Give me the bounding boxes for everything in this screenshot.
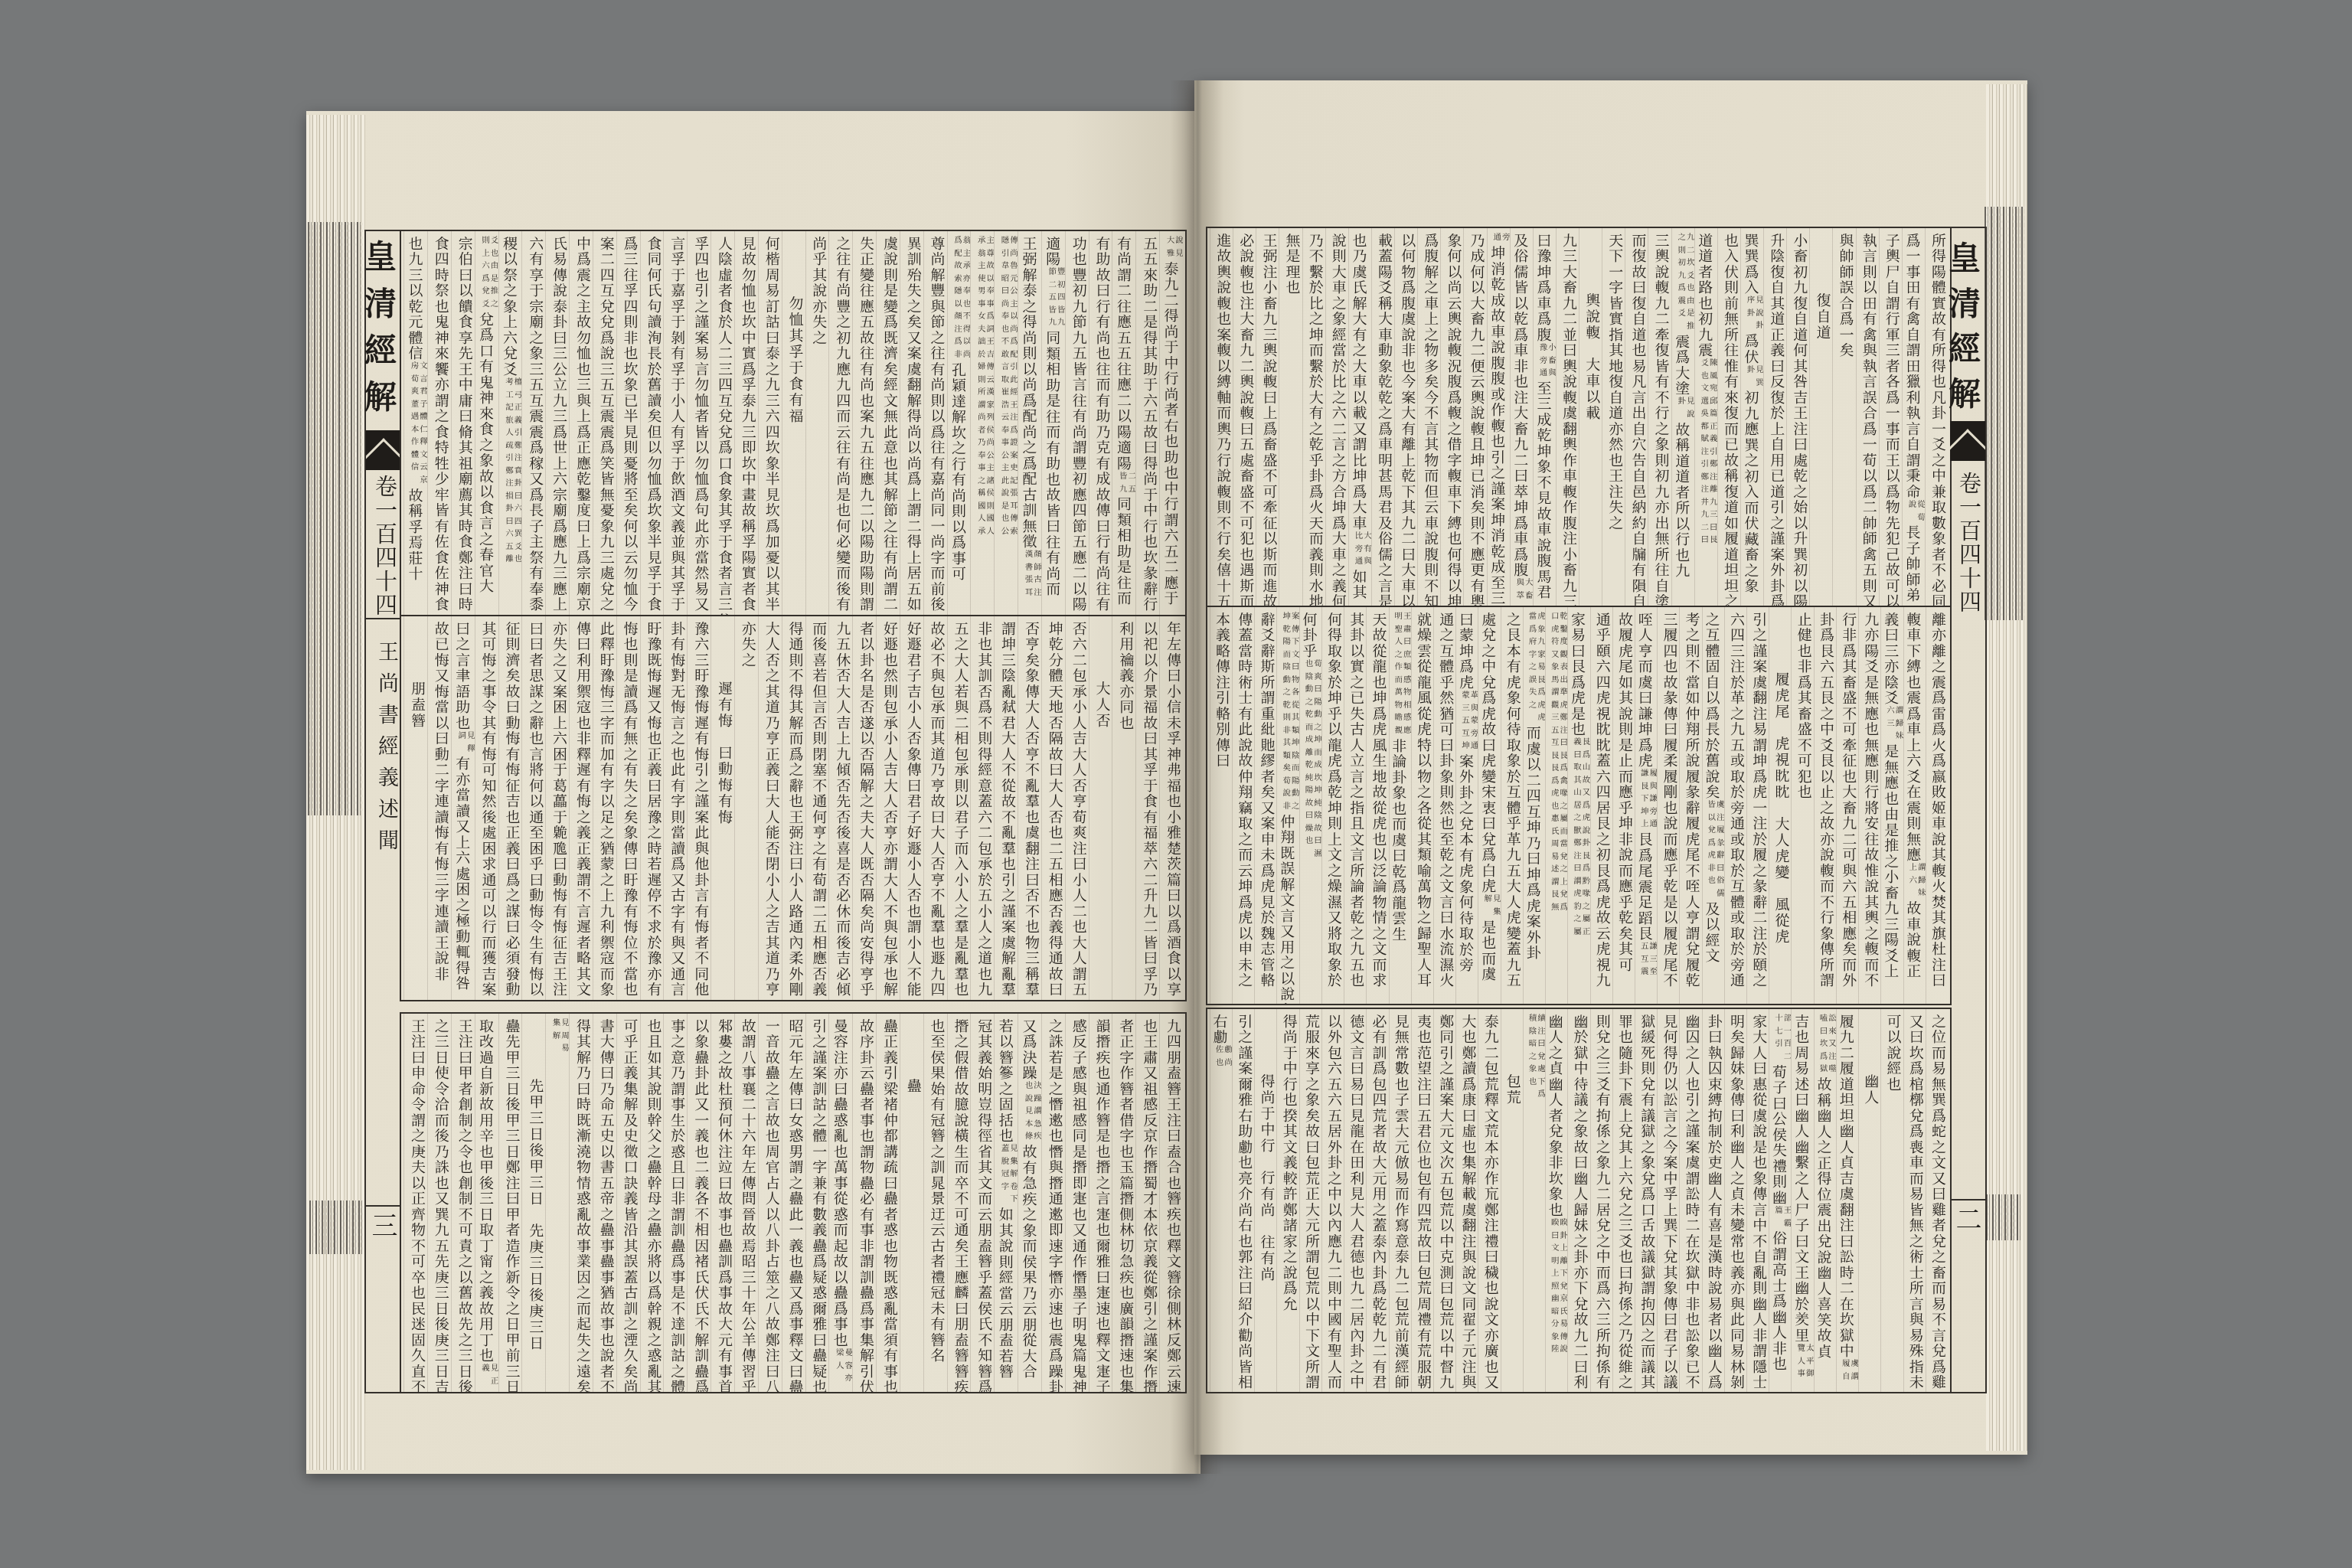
text-column: 五五來助二是得其助于六五故曰得尚于中行也坎彖辭行 bbox=[1135, 231, 1159, 615]
interlinear-note: 虎象九家易艮爲虎虎當爲府字之誤失之 bbox=[1527, 612, 1545, 726]
text-column: 非也其訓否爲不則得經意蓋六二包承於五小人之道也九 bbox=[970, 616, 994, 1000]
text-column: 之艮本有虎象何待取象於互體乎革九五大人虎變蓋九五 bbox=[1501, 607, 1523, 1004]
text-column: 考之則不當如仲翔所說履彖辭履虎尾不咥人亨謂兌履乾 bbox=[1679, 607, 1701, 1004]
text-column: 幽人 bbox=[1858, 1009, 1880, 1392]
interlinear-note: 陳風宛邱篇正義引鄭注離九三曰艮爻也文選吳都賦注引鄭注井九二曰 bbox=[1700, 358, 1717, 548]
text-column: 幽人之貞幽人者兌象非坎象也睽卦上離下兌京氏易傳說睽曰文明上照幽暗分象陸 bbox=[1545, 1009, 1567, 1392]
text-column: 也九三以乾元體信文言君子體仁釋文云京房荀爽董遇本作體信故稱孚焉莊十 bbox=[403, 231, 427, 615]
text-column: 履九二履道坦坦幽人貞吉虞翻注曰訟時二在坎獄中虞謂履自 bbox=[1836, 1009, 1858, 1392]
text-column: 也至侯果始有冠簪之訓晁景迂云古者禮冠未有簪名 bbox=[923, 1014, 947, 1392]
text-column: 爻也由是推之則上六爲兌爻兌爲口有鬼神來食之象故以食言之春官大 bbox=[475, 231, 498, 615]
text-column: 行非爲其畜盛不可牽征也大畜九二可與六五相應矣而外 bbox=[1836, 607, 1858, 1004]
text-column: 象何以尚云輿說輹況腹爲輹之借字輹車下縛也何得以坤 bbox=[1440, 228, 1463, 606]
text-column: 以外包六五六五居外卦之中以內應九二則中國有聖人而 bbox=[1321, 1009, 1344, 1392]
text-column: 其可悔之事令其有悔可知然後處困求通可以行而獲吉案 bbox=[475, 616, 498, 1000]
text-column: 感反子感與祖感同是撍即寁也又通作憯墨子明鬼篇鬼神 bbox=[1065, 1014, 1089, 1392]
work-title-text: 王尚書經義述聞 bbox=[366, 641, 401, 861]
text-column: 而復故曰復自道也易凡言出自穴告自邑納約自牖有隕自 bbox=[1625, 228, 1648, 606]
text-column: 見無常數也子雲大元倣易而作寫意泰九二包荒前漢經師 bbox=[1389, 1009, 1411, 1392]
text-column: 悔也則是讀爲有無之有失之矣象傳曰盱豫有悔位不當也 bbox=[616, 616, 640, 1000]
text-column: 若以簪篸之固括也見集解卷下蓋脫冠字如其說則經當云朋盍若簪 bbox=[994, 1014, 1018, 1392]
volume-number-text: 卷一百四十四 bbox=[366, 475, 401, 617]
text-column: 氏易傳說泰卦曰三公立九三爲世上六宗廟爲應九三應上 bbox=[545, 231, 569, 615]
text-column: 爲三往孚四則非也坎象已半見則憂將至矣何以云勿恤今 bbox=[616, 231, 640, 615]
text-column: 乃不繫於比之坤而繫於大有之乾乎卦爲火天而義則水地 bbox=[1302, 228, 1325, 606]
text-column: 王弼解泰之得尚則以尚爲配尚之爲配古訓無徵顏師古注漢書張耳 bbox=[1018, 231, 1041, 615]
text-column: 蠱先甲三日後甲三日鄭注曰甲者造作新令之日甲前三日 bbox=[498, 1014, 522, 1392]
text-column: 夷也范望注曰五君位也包有四荒故曰包荒周禮有荒服朝 bbox=[1411, 1009, 1433, 1392]
text-column: 輹車下縛也震爲車上六爻在震則無應謂歸妹上六故車說輹正 bbox=[1903, 607, 1926, 1004]
interlinear-note: 見釋詞 bbox=[457, 731, 475, 756]
text-column: 翁主承亦奉也不得以尚爲配故索隱以顏注爲非孔穎達解坎之行有尚則以爲事可 bbox=[947, 231, 971, 615]
text-column: 三履四也故彖傳曰履柔履剛也說而應乎乾是以履虎尾不 bbox=[1657, 607, 1679, 1004]
left-page-margin-column: 皇清經解 卷一百四十四 王尚書經義述聞 三 bbox=[364, 230, 401, 1393]
text-column: 爲一事田有禽自謂田獵利執言自謂秉命從荀說長子帥師弟 bbox=[1902, 228, 1925, 606]
text-column: 大也鄭讀爲康曰虛也集解載虞翻注與說文同翟子元注與 bbox=[1455, 1009, 1478, 1392]
text-column: 曰豫坤爲車爲腹小畜與豫旁通至三成乾坤象不見故車說腹馬君 bbox=[1533, 228, 1556, 606]
book-title-text: 皇清經解 bbox=[366, 240, 401, 426]
text-column: 曰曰者思謀之辭也言將何以通至困乎曰動悔令生有悔以 bbox=[521, 616, 545, 1000]
page-number-text: 三 bbox=[366, 1212, 401, 1238]
text-column: 之三日使令洽而後乃誅也又巽九五先庚三日後庚三日吉 bbox=[427, 1014, 451, 1392]
text-column: 卦爲艮六五艮之中爻艮以止之故亦說輹而不行象傳所謂 bbox=[1814, 607, 1836, 1004]
interlinear-note: 見正義 bbox=[481, 1364, 498, 1389]
margin-divider bbox=[366, 1205, 401, 1207]
text-column: 又爲決躁決躁謂急疾也說見本條故有急疾之象而侯果乃云朋從大合 bbox=[1018, 1014, 1041, 1392]
text-column: 九三大畜九二並曰輿說輹虞翻輿作車輹作腹注小畜九三 bbox=[1556, 228, 1579, 606]
text-column: 食四時祭也鬼神來饗亦謂之食特牲少牢皆有佐食佐神食 bbox=[427, 231, 451, 615]
text-column: 可以說經也 bbox=[1880, 1009, 1903, 1392]
interlinear-note: 王肅曰庶類感物相感應明聖人之作而萬物瞻覩 bbox=[1393, 612, 1411, 738]
page-number: 二 bbox=[1950, 1202, 1985, 1236]
text-column: 見何得仍以訟言之今案中孚上巽下兌其象傳曰君子以議 bbox=[1657, 1009, 1679, 1392]
work-title: 王尚書經義述聞 bbox=[366, 635, 401, 865]
text-column: 通乎頤六四虎視眈眈蓋六四居艮之初艮爲虎故云虎視九 bbox=[1590, 607, 1612, 1004]
text-column: 泰九二包荒釋文荒本亦作巟鄭注禮曰穢也說文亦廣也又 bbox=[1478, 1009, 1500, 1392]
text-column: 利用禴義亦同也 bbox=[1112, 616, 1135, 1000]
text-column: 乃成何以大畜九二便云輿說輹且坤已消矣則不應更有輿 bbox=[1463, 228, 1486, 606]
text-column: 坤乾分體天地否隔故曰大人否也二五相應否義得通故曰 bbox=[1041, 616, 1065, 1000]
volume-number: 卷一百四十四 bbox=[1950, 470, 1985, 616]
right-page-margin-column: 皇清經解 卷一百四十四 二 bbox=[1950, 227, 1987, 1393]
text-column: 以何物爲腹虞說非也今案大有離上乾下其九二曰大車以 bbox=[1394, 228, 1417, 606]
text-column: 案二四互兌兌爲說三五互震震爲笑皆無憂象九三處兌之 bbox=[593, 231, 616, 615]
interlinear-note: 見集解卷下蓋脫冠字 bbox=[1000, 1144, 1018, 1207]
margin-divider bbox=[366, 618, 401, 619]
text-column: 以象蠱卦此又一義也二義各不相因褚氏伏氏不解訓蠱爲 bbox=[687, 1014, 710, 1392]
text-column: 卦曰執囚束縛拘制於吏幽人有喜是漢時說易者以幽人爲 bbox=[1702, 1009, 1724, 1392]
right-page-middle-tier: 離亦離之震爲雷爲火爲嬴敗姬車說其輹火焚其旗杜注曰輹車下縛也震爲車上六爻在震則無應… bbox=[1206, 606, 1952, 1005]
page-number: 三 bbox=[366, 1208, 401, 1242]
text-column: 勿恤其孚于食有福 bbox=[782, 231, 805, 615]
text-column: 亦失之又案困上六困于葛藟于臲卼曰動悔有悔征吉王注 bbox=[545, 616, 569, 1000]
text-column: 冠其義始明豈得徑省其文而云朋盍簪乎蓋侯氏不知簪爲 bbox=[970, 1014, 994, 1392]
interlinear-note: 太平御覽人事 bbox=[1796, 1344, 1814, 1382]
interlinear-note: 翁主承亦奉也不得以尚爲配故索隱以顏注爲非 bbox=[952, 236, 970, 362]
text-column: 昭元年左傳曰女惑男謂之蠱此一義也蠱又爲事釋文曰蠱 bbox=[782, 1014, 805, 1392]
text-column: 否亨矣象傳大人否亨不亂羣也虞翻注曰否不也物三稱羣 bbox=[1018, 616, 1041, 1000]
text-column: 家大人曰惠從虞說是也象傳言中不自亂則幽人非謂隱士 bbox=[1746, 1009, 1769, 1392]
text-column: 爲腹解之車上之物多矣今不言其物而但云車說腹則不知 bbox=[1417, 228, 1440, 606]
interlinear-note: 謂歸妹六三 bbox=[1886, 706, 1903, 744]
interlinear-note: 見周易集解 bbox=[551, 1018, 569, 1057]
text-column: 道道者路也初九震陳風宛邱篇正義引鄭注離九三曰艮爻也文選吳都賦注引鄭注井九二曰 bbox=[1694, 228, 1717, 606]
text-column: 天故從龍也坤爲虎風生地故從虎也以泛論物情之文而求 bbox=[1366, 607, 1388, 1004]
text-column: 訟來又注噬嗑曰坎爲獄故稱幽人之正得位震出兌說幽人喜笑故貞 bbox=[1814, 1009, 1836, 1392]
text-column: 人陰虛者食於人二三四互兌兌爲口食象其孚于食者言三往 bbox=[710, 231, 734, 615]
text-column: 否六二包承小人吉大人否亨荀爽注曰小人二也大人謂五 bbox=[1065, 616, 1089, 1000]
text-column: 蠱正義引梁褚仲都講疏曰蠱者惑也物既惑亂當須有事也 bbox=[876, 1014, 900, 1392]
text-column: 征則濟矣故曰動悔有悔征吉也正義曰爲之謀曰必須發動 bbox=[498, 616, 522, 1000]
left-page-middle-tier: 年左傳曰小信未孚神弗福也小雅楚茨篇曰以爲酒食以享以祀以介景福故曰其孚于食有福萃六… bbox=[400, 615, 1187, 1001]
interlinear-note: 謂歸妹上六 bbox=[1908, 863, 1926, 901]
text-column: 也且如其說則幹父之蠱幹母之蠱亦將以爲幹親之惑亂其 bbox=[640, 1014, 664, 1392]
text-column: 王肅曰庶類感物相感應明聖人之作而萬物瞻覩非論卦象也而虞曰乾爲龍雲生 bbox=[1389, 607, 1411, 1004]
text-column: 六有享于宗廟之象三五互震震爲稼又爲長子主祭有奉黍 bbox=[521, 231, 545, 615]
text-column: 謂坤三陰亂弒君大人不從故不亂羣也引之謹案虞解亂羣 bbox=[994, 616, 1018, 1000]
text-column: 功也豐初九節九五皆言往有尚謂豐初應四節五應二以陽 bbox=[1065, 231, 1089, 615]
text-column: 義曰三亦陰爻謂歸妹六三是無應也由是推之小畜九三陽爻上 bbox=[1880, 607, 1903, 1004]
text-column: 說見大雅泰九二得尚于中行尚者右也助也中行謂六五二應于 bbox=[1159, 231, 1183, 615]
interlinear-note: 從荀說 bbox=[1907, 500, 1925, 525]
interlinear-note: 謙三至五互震 bbox=[1639, 942, 1657, 980]
interlinear-note: 勴尚佐也 bbox=[1214, 1045, 1232, 1070]
text-column: 言孚于嘉孚于剝有孚于小人有孚于飲酒文義並與其孚于 bbox=[663, 231, 687, 615]
interlinear-note: 說見大雅 bbox=[1165, 236, 1183, 261]
text-column: 其卦以實之已失古人立言之指且文言所論者乾之九五也 bbox=[1344, 607, 1366, 1004]
interlinear-note: 艮爲山故又爲虎說卦艮爲黔喙之屬正義曰取其山居之獸鄭注曰謂虎豹之屬 bbox=[1573, 737, 1590, 939]
text-column: 一音故蠱之言故也周官占人以八卦占筮之八故鄭注曰八 bbox=[758, 1014, 782, 1392]
text-column: 傳蓋當時術士有此說故仲翔竊取之而云坤爲虎以申未之 bbox=[1232, 607, 1254, 1004]
interlinear-note: 訟來又注噬嗑曰坎爲獄 bbox=[1818, 1014, 1836, 1077]
text-column: 部一百二十七引荀子曰公侯失禮則幽王霸篇俗謂高士爲幽人非也 bbox=[1769, 1009, 1791, 1392]
text-column: 履虎尾 虎視眈眈 大人虎變 風從虎 bbox=[1769, 607, 1791, 1004]
text-column: 者以卦名是否遂以否隔解之夫大人既否隔矣尚安得亨乎 bbox=[852, 616, 876, 1000]
interlinear-note: 九二坎爻也由是推之則初九爲震爻 bbox=[1677, 233, 1694, 334]
text-column: 虞說則是變爲既濟矣經文無此意也其解節之往有尚謂二 bbox=[876, 231, 900, 615]
text-column: 遲有悔 曰動悔有悔 bbox=[710, 616, 734, 1000]
text-column: 幽囚之人也引之謹案虞謂訟時二在坎獄中非也訟象已不 bbox=[1679, 1009, 1701, 1392]
text-column: 得尚于中行也揆其文義較許鄭諸家之說爲允 bbox=[1276, 1009, 1298, 1392]
text-column: 見故勿恤也坎中實爲孚泰九三即坎中畫故稱孚陽實者食 bbox=[734, 231, 758, 615]
text-column: 故序卦云蠱者事也謂物蠱必有事非謂訓蠱爲事集解引伏 bbox=[852, 1014, 876, 1392]
text-column: 載蓋陽爻稱大車動象乾乾之爲車明甚馬君及俗儒之言是 bbox=[1371, 228, 1394, 606]
text-column: 曰蒙坤爲虎革與蒙旁通蒙三五互坤案外卦之兌本有虎象何待取於旁 bbox=[1455, 607, 1478, 1004]
text-column: 食同何氏句讀洵長於舊讀矣但以勿恤爲坎象半見孚于食 bbox=[640, 231, 664, 615]
text-column: 罪也隨卦下震上兌其上六兌之三爻也曰拘係之乃從維之 bbox=[1612, 1009, 1635, 1392]
text-column: 大人否 bbox=[1089, 616, 1112, 1000]
text-column: 故謂八事襄二十六年左傳問晉故焉昭三十年公羊傳習乎 bbox=[734, 1014, 758, 1392]
text-column: 九四朋盍簪王注曰盍合也簪疾也釋文簪徐側林反鄭云速 bbox=[1159, 1014, 1183, 1392]
interlinear-note: 履與謙旁通謙艮下坤上 bbox=[1639, 769, 1657, 832]
text-column: 三輿說輹九二牽復皆有不行之象則初九亦出無所往自塗 bbox=[1648, 228, 1671, 606]
text-column: 有助故曰行有尚也往而有助乃克有成故傳曰行有尚往有 bbox=[1089, 231, 1112, 615]
text-column: 主尊故以奉事爲詞王吉傳云漢家列侯尚公主諸侯則國人承翁主使男事女夫詘於婦則所謂尚者… bbox=[970, 231, 994, 615]
text-column: 執言則以田有禽與執言誤合爲一荀以爲二帥師禽五則又 bbox=[1856, 228, 1879, 606]
interlinear-note: 案傳下文曰物各從其類坤陰而陽動之坤乾陽而陰動之乾則非其類矣荀說非 bbox=[1282, 612, 1299, 814]
text-column: 五之大人若與二相包承則以君子而入小人之羣是亂羣也 bbox=[947, 616, 971, 1000]
left-page-upper-tier: 說見大雅泰九二得尚于中行尚者右也助也中行謂六五二應于五五來助二是得其助于六五故曰… bbox=[400, 230, 1187, 616]
text-column: 適陽豐初四皆九節二五皆九同類相助是往而有助也故皆曰往有尚而 bbox=[1041, 231, 1065, 615]
text-column: 好遯也然則包承小人吉大人否亨亦謂大人不與包承也解 bbox=[876, 616, 900, 1000]
text-column: 離亦離之震爲雷爲火爲嬴敗姬車說其輹火焚其旗杜注曰 bbox=[1926, 607, 1948, 1004]
interlinear-note: 小畜與豫旁通 bbox=[1538, 343, 1556, 381]
text-column: 案傳下文曰物各從其類坤陰而陽動之坤乾陽而陰動之乾則非其類矣荀說非仲翔既誤解文言又… bbox=[1276, 607, 1298, 1004]
text-column: 子輿尸自謂行軍三者各爲一事而王以爲物先犯己故可以 bbox=[1879, 228, 1902, 606]
text-column: 本義略傳注引輅別傳曰 bbox=[1210, 607, 1232, 1004]
text-column: 也入伏則前無所往惟有來復而已故稱復道如履道坦坦之 bbox=[1717, 228, 1740, 606]
text-column: 就燥雲從龍風從虎特以物之各從其類喻萬物之歸聖人耳 bbox=[1411, 607, 1433, 1004]
volume-number: 卷一百四十四 bbox=[366, 473, 401, 619]
text-column: 書大傳曰乃命五史以書五帝之蠱事蠱事猶故事也說者不 bbox=[593, 1014, 616, 1392]
interlinear-note: 二五皆九 bbox=[1118, 472, 1135, 497]
text-column: 得尚于中行 行有尚 往有尚 bbox=[1254, 1009, 1276, 1392]
text-column: 則兌之三爻有拘係之象九二居兌之中而爲六三所拘係有 bbox=[1590, 1009, 1612, 1392]
text-column: 邾婁之故杜預何休注竝曰故事也蠱訓爲事故大元有事首 bbox=[710, 1014, 734, 1392]
interlinear-note: 見說卦 bbox=[1677, 397, 1694, 422]
text-column: 朋盍簪 bbox=[403, 616, 427, 1000]
text-column: 升陰復自其道正義曰反復於上自用已道引之謹案外卦爲 bbox=[1763, 228, 1786, 606]
text-column: 大人否之其道乃亨正義曰大人能否閉小人之吉其道乃亨 bbox=[758, 616, 782, 1000]
text-column: 故必不與包承而其道乃亨故曰大人否亨不亂羣也遯九四 bbox=[923, 616, 947, 1000]
text-column: 虎象九家易艮爲虎虎當爲府字之誤失之而虞以二四互坤乃曰坤爲虎案外卦 bbox=[1523, 607, 1545, 1004]
text-column: 績注曰兌處下爲積陰暗之象也 bbox=[1523, 1009, 1545, 1392]
interlinear-note: 見集解 bbox=[1483, 894, 1501, 920]
text-column: 又曰坎爲棺槨兌爲喪車而易皆無之術士所言與易殊指未 bbox=[1903, 1009, 1926, 1392]
text-column: 小畜初九復自道何其咎吉王注曰處乾之始以升巽初以陽 bbox=[1786, 228, 1809, 606]
right-page-upper-tier: 所得陽體實故有所得也凡卦一爻之中兼取數象者不必同爲一事田有禽自謂田獵利執言自謂秉… bbox=[1206, 227, 1952, 607]
text-column: 亦失之 bbox=[734, 616, 758, 1000]
text-column: 辭爻辭斯所謂重紕貤繆者矣又案申未爲虎見於魏志管輅 bbox=[1254, 607, 1276, 1004]
interlinear-note: 革與蒙旁通蒙三五互坤 bbox=[1460, 691, 1478, 754]
fishtail-ornament-icon bbox=[1950, 421, 1985, 461]
text-column: 撍之假借故臆說橫生而卒不可通矣王應麟曰朋盍簪簪疾 bbox=[947, 1014, 971, 1392]
text-column: 有尚謂二往應五五往應二以陽適陽二五皆九同類相助是往而 bbox=[1112, 231, 1135, 615]
text-column: 德文言曰易曰見龍在田利見大人君德也九二居內卦之中 bbox=[1344, 1009, 1366, 1392]
interlinear-note: 見說卦序卦 bbox=[1746, 296, 1763, 334]
interlinear-note: 文言君子體仁釋文云京房荀爽董遇本作體信 bbox=[410, 361, 427, 488]
interlinear-note: 旁通 bbox=[1492, 233, 1510, 246]
page-number-text: 二 bbox=[1950, 1206, 1985, 1232]
text-column: 傳尚魯元公主以尚爲配引此經王注爲證案史記張耳傳索隱引韋昭曰尚奉也不敢言取崔浩云奉… bbox=[994, 231, 1018, 615]
text-column: 止健也非爲其畜盛不可犯也 bbox=[1791, 607, 1813, 1004]
text-column: 何楷周易訂詁曰泰之九三六四坎象半見坎爲加憂以其半 bbox=[758, 231, 782, 615]
interlinear-note: 荀爽曰陽動之坤而成坎坤純陰故曰濕也陰動之乾而成離乾純陽故曰燥也 bbox=[1304, 659, 1321, 861]
text-column: 好遯君子吉小人否象傳曰君子好遯小人否也謂小人不能 bbox=[900, 616, 923, 1000]
interlinear-note: 豐初四皆九節二五皆九 bbox=[1047, 267, 1065, 331]
text-column: 旁通坤消乾成故車說腹腹或作輹也引之謹案坤消乾成至三 bbox=[1487, 228, 1510, 606]
text-column: 失正變往應五故往有尚也案九五往應九二以陽助陽則謂 bbox=[852, 231, 876, 615]
text-column: 及俗儒皆以乾爲車非也注大畜九二曰萃坤爲車爲腹大畜與萃 bbox=[1510, 228, 1533, 606]
text-column: 九亦陽爻是無應也無應則行將安往故惟說其輿之輹而不 bbox=[1858, 607, 1880, 1004]
text-column: 巽巽爲入見說卦序卦爲伏見巽卦初九應巽之初入而伏藏畜之象 bbox=[1740, 228, 1763, 606]
text-column: 何卦乎荀爽曰陽動之坤而成坎坤純陰故曰濕也陰動之乾而成離乾純陽故曰燥也 bbox=[1299, 607, 1321, 1004]
text-column: 取改過自新故用辛也甲後三日取丁甯之義故用丁也見正義 bbox=[475, 1014, 498, 1392]
interlinear-note: 顏師古注漢書張耳 bbox=[1024, 550, 1041, 600]
text-column: 九五休否大人吉上九傾否先否後喜是否必休而後吉必傾 bbox=[828, 616, 852, 1000]
text-column: 包荒 bbox=[1501, 1009, 1523, 1392]
text-column: 故已悔又悔當以曰動二字連讀悔有悔三字連讀王說非 bbox=[427, 616, 451, 1000]
text-column: 也乃虞氏解大有之大車以載又謂比坤爲大車大有與比旁通如其 bbox=[1348, 228, 1371, 606]
interlinear-note: 虞注履彖辭曰俗儒皆以兌爲虎非也 bbox=[1707, 800, 1724, 901]
interlinear-note: 虞謂履自 bbox=[1841, 1359, 1858, 1384]
text-column: 孚四也引之謹案易言勿恤者皆以勿恤爲句此亦當然易又 bbox=[687, 231, 710, 615]
text-column: 必有訓爲包四荒者故大元用之蓋泰內卦爲乾乾九二有君 bbox=[1366, 1009, 1388, 1392]
text-column: 尊尚解豐與節之往有尚則以爲往有嘉尚同一尚字而前後 bbox=[923, 231, 947, 615]
text-column: 盱豫既悔遲又悔也正義曰居豫之時若遲停不求於豫亦有 bbox=[640, 616, 664, 1000]
text-column: 進故輿說輹也案輹以縛軸而輿乃行說輹則不行矣僖十五 bbox=[1210, 228, 1233, 606]
interlinear-note: 王霸篇 bbox=[1773, 1206, 1791, 1231]
text-column: 豫六三盱豫悔遲有悔引之謹案此與他卦言有悔者不同他 bbox=[687, 616, 710, 1000]
interlinear-note: 乾鑿度觀表出準虎鄭注曰艮爲禽喙之屬而當兌之上兌爲口虎符又象馬謂觀三五互艮艮爲虎也… bbox=[1550, 612, 1567, 915]
text-column: 傳曰利用禦寇也非釋遲有悔之義正義謂不言遲者略其文 bbox=[569, 616, 593, 1000]
fore-edge-ink-right-lower bbox=[1986, 1194, 2021, 1240]
fore-edge-ink-right-upper bbox=[1984, 207, 2024, 620]
interlinear-note: 睽卦上離下兌京氏易傳說睽曰文明上照幽暗分象陸 bbox=[1550, 1218, 1567, 1357]
text-column: 處兌之中兌爲虎故曰虎變宋衷曰兌爲白虎見集解是也而虞 bbox=[1478, 607, 1500, 1004]
text-column: 先甲三日後甲三日 先庚三日後庚三日 bbox=[521, 1014, 545, 1392]
text-column: 無是理也 bbox=[1279, 228, 1302, 606]
text-column: 之位而易無巽爲蛇之文又曰雞者兌之畜而易不言兌爲雞 bbox=[1926, 1009, 1948, 1392]
text-column: 蠱 bbox=[900, 1014, 923, 1392]
text-column: 引之謹案爾雅右助勴也亮介尚右也郭注曰紹介勸尚皆相 bbox=[1232, 1009, 1254, 1392]
text-column: 必說輹也注大畜九二輿說輹曰五處畜盛不可犯也遇斯而 bbox=[1233, 228, 1256, 606]
text-column: 之誅若是之憯遬也憯與撍通遬即速字憯亦速也震爲躁卦 bbox=[1041, 1014, 1065, 1392]
text-column: 也王肅又祖感反京作撍蜀才本依京義從鄭引之謹案作撍 bbox=[1135, 1014, 1159, 1392]
margin-divider bbox=[1950, 1199, 1985, 1200]
text-column: 稷以祭之象上六兌爻檀弓正義引鄭注賁卦曰六四巽爻也考工記旅人疏引鄭注損卦曰六五離 bbox=[498, 231, 522, 615]
interlinear-note: 部一百二十七引 bbox=[1773, 1014, 1791, 1064]
text-column: 見周易集解 bbox=[545, 1014, 569, 1392]
text-column: 右勴勴尚佐也 bbox=[1210, 1009, 1232, 1392]
text-column: 王注曰甲者創制之令也創制不可責之以舊故先之三日後 bbox=[451, 1014, 475, 1392]
text-column: 以祀以介景福故曰其孚于食有福萃六二升九二皆曰孚乃 bbox=[1135, 616, 1159, 1000]
text-column: 家易曰艮爲虎是也艮爲山故又爲虎說卦艮爲黔喙之屬正義曰取其山居之獸鄭注曰謂虎豹之屬 bbox=[1567, 607, 1589, 1004]
text-column: 可乎正義集解及史徵口訣義皆沿其誤蓋古訓之湮久矣尚 bbox=[616, 1014, 640, 1392]
text-column: 天下一字皆實指其地復自道亦然也王注失之 bbox=[1602, 228, 1625, 606]
interlinear-note: 曼容亦梁人 bbox=[835, 1348, 852, 1387]
text-column: 事之意乃謂事生於惑且曰非謂訓蠱爲事是不達訓詁之體 bbox=[663, 1014, 687, 1392]
text-column: 之往有尚豐之初九應九四而云往有尚是也何必變而後有 bbox=[828, 231, 852, 615]
volume-number-text: 卷一百四十四 bbox=[1950, 472, 1985, 614]
text-column: 此釋盱豫悔三字而加有字以足之猶蒙之上九利禦寇而象 bbox=[593, 616, 616, 1000]
book-title: 皇清經解 bbox=[366, 237, 401, 429]
text-column: 王弼注小畜九三輿說輹曰上爲畜盛不可牽征以斯而進故 bbox=[1256, 228, 1279, 606]
text-column: 故履虎尾如其說則是止而應乎坤非說而應乎乾矣其可 bbox=[1612, 607, 1635, 1004]
book-title-text: 皇清經解 bbox=[1950, 241, 1985, 422]
text-column: 輿說輹 大車以載 bbox=[1579, 228, 1602, 606]
right-page-lower-tier: 之位而易無巽爲蛇之文又曰雞者兌之畜而易不言兌爲雞又曰坎爲棺槨兌爲喪車而易皆無之術… bbox=[1206, 1008, 1952, 1393]
text-column: 何得取象於坤乎以龍虎爲乾坤則上文之燥濕又將取象於 bbox=[1321, 607, 1344, 1004]
text-column: 通之互體乎然猶可曰卦象則然也至乾之文言曰水流濕火 bbox=[1433, 607, 1455, 1004]
text-column: 卦有悔對无悔言之也此有字則當讀爲又古字有與又通言 bbox=[663, 616, 687, 1000]
book-title: 皇清經解 bbox=[1950, 236, 1985, 427]
text-column: 獄緩死則兌有議獄之象兌爲口舌故議獄謂拘囚之而議其 bbox=[1635, 1009, 1657, 1392]
text-column: 宗伯曰以饋食享先王中庸曰脩其祖廟薦其時食鄭注曰時 bbox=[451, 231, 475, 615]
interlinear-note: 檀弓正義引鄭注賁卦曰六四巽爻也考工記旅人疏引鄭注損卦曰六五離 bbox=[504, 377, 521, 567]
text-column: 中爲震之主故勿恤也三與上爲正應乾鑿度曰上爲宗廟京 bbox=[569, 231, 593, 615]
text-column: 咥人亨而虞曰謙坤爲虎履與謙旁通謙艮下坤上艮爲尾震足蹈艮謙三至五互震 bbox=[1635, 607, 1657, 1004]
text-column: 鄭同引之謹案大元文次五包荒以中克測曰包荒以中督九 bbox=[1433, 1009, 1455, 1392]
text-column: 乾鑿度觀表出準虎鄭注曰艮爲禽喙之屬而當兌之上兌爲口虎符又象馬謂觀三五互艮艮爲虎也… bbox=[1545, 607, 1567, 1004]
text-column: 韻撍疾也通作簪是也撍之言寁也爾雅曰寁速也釋文寁子 bbox=[1089, 1014, 1112, 1392]
text-column: 復自道 bbox=[1809, 228, 1832, 606]
text-column: 年左傳曰小信未孚神弗福也小雅楚茨篇曰以爲酒食以享 bbox=[1159, 616, 1183, 1000]
text-column: 幽於獄中待議之象故曰幽人歸妹之卦亦下兌故九二曰利 bbox=[1567, 1009, 1589, 1392]
text-column: 與帥師誤合爲一矣 bbox=[1832, 228, 1855, 606]
text-column: 得通則不得其解而爲之辭也王弼注曰小人路通內柔外剛 bbox=[782, 616, 805, 1000]
fore-edge-ink-left-lower bbox=[309, 1200, 363, 1254]
text-column: 王注曰申命令謂之庚夫以正齊物不可卒也民迷固久直不 bbox=[403, 1014, 427, 1392]
interlinear-note: 績注曰兌處下爲積陰暗之象也 bbox=[1527, 1014, 1545, 1102]
text-column: 尚乎其說亦失之 bbox=[805, 231, 829, 615]
interlinear-note: 爻也由是推之則上六爲兌爻 bbox=[481, 236, 498, 312]
left-page-lower-tier: 九四朋盍簪王注曰盍合也簪疾也釋文簪徐側林反鄭云速也王肅又祖感反京作撍蜀才本依京義… bbox=[400, 1012, 1187, 1393]
text-column: 曼容注亦曰蠱惑亂也萬事從惑而起故以蠱爲事也曼容亦梁人 bbox=[828, 1014, 852, 1392]
text-column: 引之謹案虞翻注易謂坤爲虎一注於履之彖辭二注於頤之 bbox=[1746, 607, 1769, 1004]
text-column: 吉也周易述曰幽人幽繫之人尸子曰文王幽於羑里太平御覽人事 bbox=[1791, 1009, 1813, 1392]
interlinear-note: 大畜與萃 bbox=[1515, 578, 1533, 603]
text-column: 異訓殆失之矣又案虞翻解得尚以尚爲上謂二得上居五如 bbox=[900, 231, 923, 615]
text-column: 而後喜若但言否則閉塞不通何亨之有荀謂二五相應否義 bbox=[805, 616, 829, 1000]
text-column: 九二坎爻也由是推之則初九爲震爻震爲大塗見說卦故稱道道者所以行也九 bbox=[1671, 228, 1694, 606]
interlinear-note: 決躁謂急疾也說見本條 bbox=[1024, 1081, 1041, 1145]
text-column: 之互體固自以爲長於舊說矣虞注履彖辭曰俗儒皆以兌爲虎非也及以經文 bbox=[1702, 607, 1724, 1004]
text-column: 得其解乃曰時既漸澆物情惑亂故事業因之而起失之遠矣 bbox=[569, 1014, 593, 1392]
text-column: 六四三注於革之九五或取於旁通或取於互體或取於旁通 bbox=[1724, 607, 1746, 1004]
interlinear-note: 傳尚魯元公主以尚爲配引此經王注爲證案史記張耳傳索隱引韋昭曰尚奉也不敢言取崔浩云奉… bbox=[1000, 236, 1018, 539]
text-column: 引之謹案訓詁之體一字兼有數義蠱爲疑惑爾雅曰蠱疑也 bbox=[805, 1014, 829, 1392]
interlinear-note: 見巽卦 bbox=[1746, 365, 1763, 390]
text-column: 說則大車之象經當於比之六二言之方合坤爲大車之義何 bbox=[1325, 228, 1348, 606]
text-column: 者正字作簪者借字也玉篇撍側林切急疾也廣韻撍速也集 bbox=[1112, 1014, 1135, 1392]
fishtail-ornament-icon bbox=[366, 430, 401, 470]
text-column: 明矣歸妹象傳曰利幽人之貞未變常也義亦與此同易林剝 bbox=[1724, 1009, 1746, 1392]
interlinear-note: 大有與比旁通 bbox=[1354, 531, 1371, 570]
text-column: 曰之言聿語助也見釋詞有亦當讀又上六處困之極動輒得咎 bbox=[451, 616, 475, 1000]
text-column: 荒服來享之象矣故曰包荒正大元所謂包荒以中下文所謂 bbox=[1299, 1009, 1321, 1392]
interlinear-note: 主尊故以奉事爲詞王吉傳云漢家列侯尚公主諸侯則國人承翁主使男事女夫詘於婦則所謂尚者… bbox=[976, 236, 994, 539]
